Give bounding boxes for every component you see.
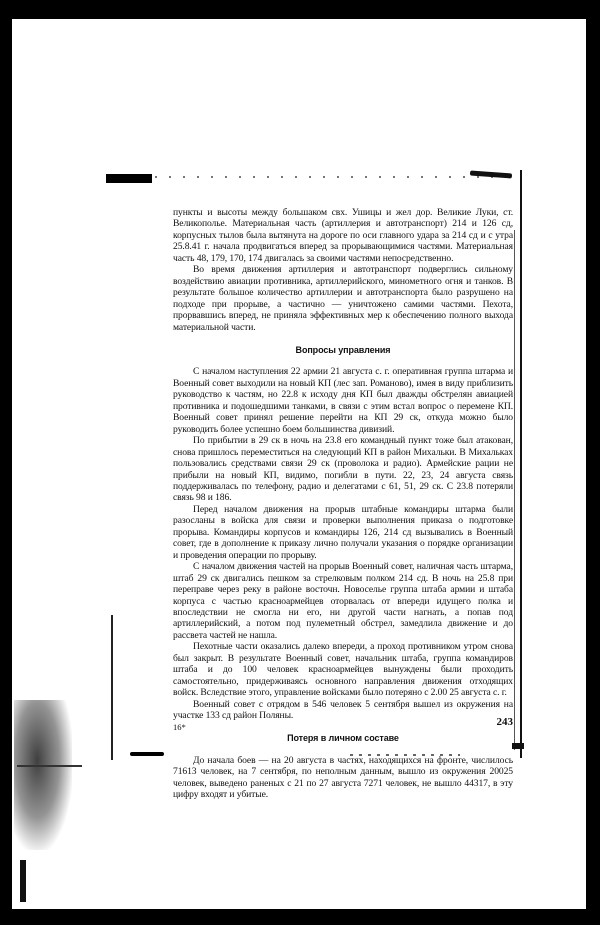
section-heading: Потеря в личном составе xyxy=(173,733,513,744)
paragraph: По прибытии в 29 ск в ночь на 23.8 его к… xyxy=(173,435,513,504)
page-right-edge-inner xyxy=(514,230,515,750)
section-heading: Вопросы управления xyxy=(173,345,513,356)
scan-mark xyxy=(20,860,26,902)
scan-bottom-mark xyxy=(130,752,164,756)
paragraph: Перед началом движения на прорыв штабные… xyxy=(173,504,513,561)
paragraph: Военный совет с отрядом в 546 человек 5 … xyxy=(173,699,513,722)
scan-line xyxy=(17,765,82,767)
paragraph: пункты и высоты между большаком свх. Уши… xyxy=(173,207,513,264)
page-left-edge xyxy=(111,615,113,760)
page-right-edge xyxy=(520,170,522,758)
signature-mark: 16* xyxy=(173,722,186,732)
page-number: 243 xyxy=(497,716,514,728)
paragraph: Во время движения артиллерия и автотранс… xyxy=(173,264,513,333)
scan-smudge xyxy=(14,700,72,850)
paragraph: До начала боев — на 20 августа в частях,… xyxy=(173,755,513,801)
page-bottom-corner xyxy=(512,743,524,749)
scan-top-mark xyxy=(106,174,152,183)
page-top-edge xyxy=(155,176,510,178)
paragraph: С началом движения частей на прорыв Воен… xyxy=(173,561,513,641)
paragraph: Пехотные части оказались далеко впереди,… xyxy=(173,641,513,698)
paragraph: С началом наступления 22 армии 21 август… xyxy=(173,366,513,435)
document-body: пункты и высоты между большаком свх. Уши… xyxy=(173,207,513,801)
